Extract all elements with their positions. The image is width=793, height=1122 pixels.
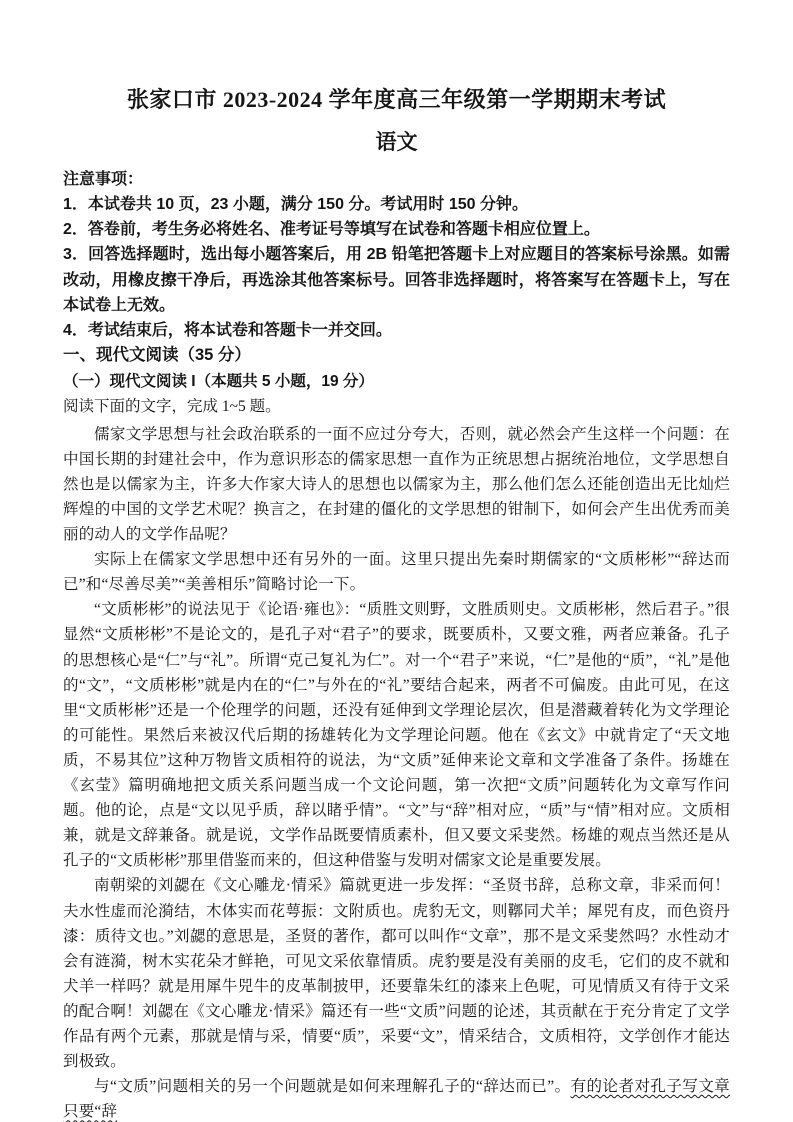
notice-section: 注意事项： 1．本试卷共 10 页，23 小题，满分 150 分。考试用时 15… — [63, 167, 730, 343]
reading-instruction: 阅读下面的文字，完成 1~5 题。 — [63, 394, 730, 420]
section-heading-modern-reading: 一、现代文阅读（35 分） — [63, 343, 730, 369]
passage-paragraph-3: “文质彬彬”的说法见于《论语·雍也》：“质胜文则野，文胜质则史。文质彬彬，然后君… — [63, 597, 730, 873]
exam-paper-page: 张家口市 2023-2024 学年度高三年级第一学期期末考试 语文 注意事项： … — [0, 0, 793, 1122]
exam-title: 张家口市 2023-2024 学年度高三年级第一学期期末考试 — [63, 86, 730, 114]
notice-item-3: 3．回答选择题时，选出每小题答案后，用 2B 铅笔把答题卡上对应题目的答案标号涂… — [63, 242, 730, 318]
reading-passage: 儒家文学思想与社会政治联系的一面不应过分夸大，否则，就必然会产生这样一个问题：在… — [63, 422, 730, 1122]
notice-item-1: 1．本试卷共 10 页，23 小题，满分 150 分。考试用时 150 分钟。 — [63, 192, 730, 217]
passage-paragraph-5: 与“文质”问题相关的另一个问题就是如何来理解孔子的“辞达而已”。有的论者对孔子写… — [63, 1074, 730, 1122]
passage-paragraph-4: 南朝梁的刘勰在《文心雕龙·情采》篇就更进一步发挥：“圣贤书辞，总称文章，非采而何… — [63, 873, 730, 1074]
notice-heading: 注意事项： — [63, 167, 730, 192]
subsection-heading-reading-1: （一）现代文阅读 I（本题共 5 小题，19 分） — [63, 369, 730, 395]
passage-paragraph-1: 儒家文学思想与社会政治联系的一面不应过分夸大，否则，就必然会产生这样一个问题：在… — [63, 422, 730, 547]
passage-paragraph-2: 实际上在儒家文学思想中还有另外的一面。这里只提出先秦时期儒家的“文质彬彬”“辞达… — [63, 547, 730, 597]
notice-item-2: 2．答卷前，考生务必将姓名、准考证号等填写在试卷和答题卡相应位置上。 — [63, 217, 730, 242]
final-paragraph-text: 与“文质”问题相关的另一个问题就是如何来理解孔子的“辞达而已”。 — [94, 1078, 571, 1095]
exam-subject: 语文 — [63, 129, 730, 155]
notice-item-4: 4．考试结束后，将本试卷和答题卡一并交回。 — [63, 318, 730, 343]
